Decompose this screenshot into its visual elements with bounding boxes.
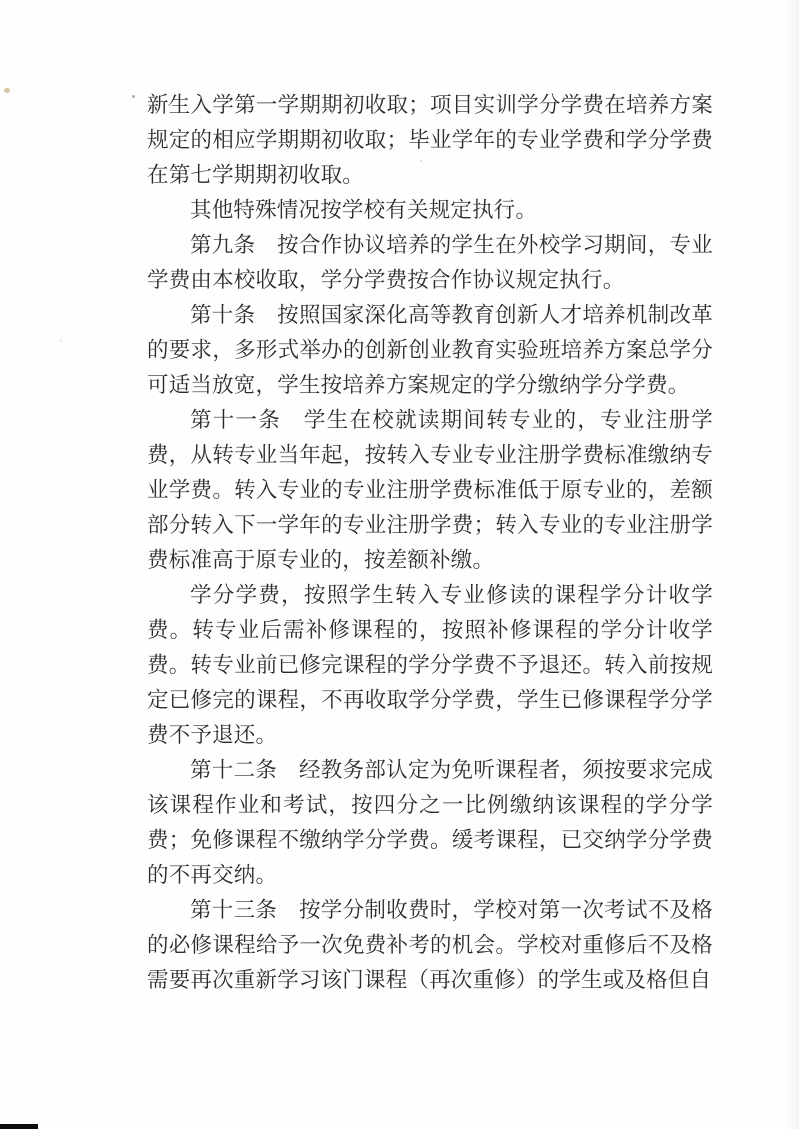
- paragraph-article-11: 第十一条 学生在校就读期间转专业的，专业注册学费，从转专业当年起，按转入专业专业…: [147, 403, 713, 578]
- scan-speck: [4, 88, 10, 93]
- document-body: 新生入学第一学期期初收取；项目实训学分学费在培养方案规定的相应学期期初收取；毕业…: [147, 88, 713, 998]
- scan-mark-bottom-left: [0, 1124, 38, 1129]
- scan-speck: [60, 340, 62, 342]
- paragraph-article-12: 第十二条 经教务部认定为免听课程者，须按要求完成该课程作业和考试，按四分之一比例…: [147, 753, 713, 893]
- scan-speck: [132, 95, 135, 98]
- paragraph-continuation: 新生入学第一学期期初收取；项目实训学分学费在培养方案规定的相应学期期初收取；毕业…: [147, 88, 713, 193]
- paragraph-other-special-cases: 其他特殊情况按学校有关规定执行。: [147, 193, 713, 228]
- paragraph-article-11-credit-fee: 学分学费，按照学生转入专业修读的课程学分计收学费。转专业后需补修课程的，按照补修…: [147, 578, 713, 753]
- document-page: 新生入学第一学期期初收取；项目实训学分学费在培养方案规定的相应学期期初收取；毕业…: [0, 0, 799, 1129]
- paragraph-article-13: 第十三条 按学分制收费时，学校对第一次考试不及格的必修课程给予一次免费补考的机会…: [147, 893, 713, 998]
- paragraph-article-9: 第九条 按合作协议培养的学生在外校学习期间，专业学费由本校收取，学分学费按合作协…: [147, 228, 713, 298]
- paragraph-article-10: 第十条 按照国家深化高等教育创新人才培养机制改革的要求，多形式举办的创新创业教育…: [147, 298, 713, 403]
